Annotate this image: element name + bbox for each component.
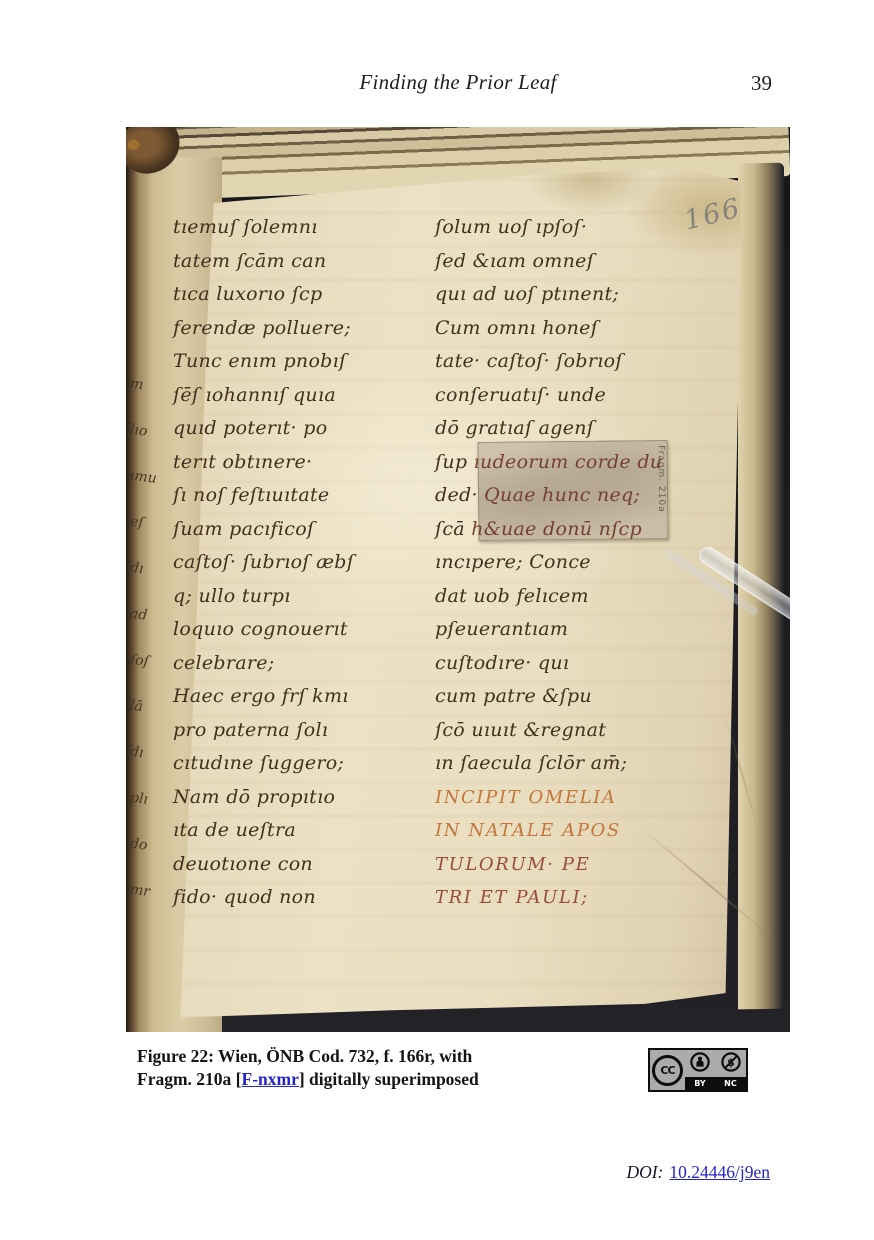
cc-by-label: BY <box>694 1079 705 1088</box>
manuscript-text-line: quı ad uoſ ptınent; <box>435 278 687 312</box>
doi-line: DOI:10.24446/j9en <box>626 1162 770 1183</box>
page-number: 39 <box>751 71 772 96</box>
manuscript-text-line: ferendæ polluere; <box>173 312 439 346</box>
line-on-fragment: ıudeorum corde du <box>474 451 663 473</box>
manuscript-text-line: pro paterna ſolı <box>173 714 439 748</box>
gutter-text-fragment: mr <box>126 866 159 915</box>
manuscript-text-line: tıemuſ ſolemnı <box>173 211 439 245</box>
manuscript-text-line: Haec ergo frſ kmı <box>173 680 439 714</box>
manuscript-text-line: loquıo cognouerıt <box>173 613 439 647</box>
line-on-fragment: h&uae donū nſcp <box>471 518 642 540</box>
gutter-text-fragment: m <box>126 360 159 409</box>
manuscript-text-line: terıt obtınere· <box>173 446 439 480</box>
caption-line1: Figure 22: Wien, ÖNB Cod. 732, f. 166r, … <box>137 1046 472 1066</box>
manuscript-text-line: INCIPIT OMELIA <box>435 781 687 815</box>
manuscript-photo: mlıoımuſeſdıadſoſlādıplıdomr 166 Fragm. … <box>126 127 790 1032</box>
gutter-text-fragment: ımuſ <box>126 452 159 501</box>
manuscript-text-line: Nam dō propıtıo <box>173 781 439 815</box>
manuscript-text-line: TRI ET PAULI; <box>435 881 687 915</box>
manuscript-text-line: ıta de ueſtra <box>173 814 439 848</box>
manuscript-text-line: pſeuerantıam <box>435 613 687 647</box>
cc-license-labels: BY NC <box>685 1077 746 1090</box>
manuscript-text-line: ſcā h&uae donū nſcp <box>435 513 687 547</box>
manuscript-text-line: celebrare; <box>173 647 439 681</box>
cc-license-icons: $ <box>685 1050 746 1077</box>
left-text-column: tıemuſ ſolemnıtatem ſcām cantıca luxorıo… <box>173 211 439 915</box>
gutter-text-fragment: plı <box>126 774 159 823</box>
manuscript-text-line: ded· Quae hunc neq; <box>435 479 687 513</box>
manuscript-text-line: ſēſ ıohannıſ quıa <box>173 379 439 413</box>
manuscript-text-line: tıca luxorıo ſcp <box>173 278 439 312</box>
manuscript-text-line: tatem ſcām can <box>173 245 439 279</box>
manuscript-text-line: cum patre &ſpu <box>435 680 687 714</box>
gutter-text-fragment: ad <box>126 590 159 639</box>
manuscript-text-line: Cum omnı honeſ <box>435 312 687 346</box>
manuscript-text-line: ſed &ıam omneſ <box>435 245 687 279</box>
manuscript-text-line: ıncıpere; Conce <box>435 546 687 580</box>
manuscript-text-line: ſolum uoſ ıpſoſ· <box>435 211 687 245</box>
manuscript-text-line: deuotıone con <box>173 848 439 882</box>
line-on-fragment: Quae hunc neq; <box>484 484 640 506</box>
manuscript-text-line: cıtudıne ſuggero; <box>173 747 439 781</box>
cc-nc-icon: $ <box>721 1052 741 1077</box>
page: Finding the Prior Leaf 39 mlıoımuſeſdıad… <box>0 0 874 1240</box>
right-text-column: ſolum uoſ ıpſoſ·ſed &ıam omneſquı ad uoſ… <box>435 211 687 915</box>
manuscript-text-line: caſtoſ· ſubrıoſ æbſ <box>173 546 439 580</box>
cc-by-person-icon <box>690 1052 710 1077</box>
caption-link[interactable]: F-nxmr <box>242 1069 299 1089</box>
manuscript-text-line: dō gratıaſ agenſ <box>435 412 687 446</box>
manuscript-text-line: quıd poterıt· po <box>173 412 439 446</box>
manuscript-text-line: conſeruatıſ· unde <box>435 379 687 413</box>
caption-line2-pre: Fragm. 210a [ <box>137 1069 242 1089</box>
cc-license-badge[interactable]: CC $ <box>648 1048 748 1092</box>
figure-caption: Figure 22: Wien, ÖNB Cod. 732, f. 166r, … <box>137 1045 627 1091</box>
manuscript-text-line: ın ſaecula ſclōr am̄; <box>435 747 687 781</box>
manuscript-text-line: ſcō uıuıt &regnat <box>435 714 687 748</box>
gutter-text-fragment: lıo <box>126 406 159 455</box>
manuscript-text-line: fido· quod non <box>173 881 439 915</box>
caption-line2-post: ] digitally superimposed <box>299 1069 479 1089</box>
cc-logo: CC <box>650 1050 685 1090</box>
cc-nc-label: NC <box>724 1079 737 1088</box>
line-on-page: ſup <box>435 451 474 473</box>
cc-icon: CC <box>652 1055 683 1086</box>
manuscript-text-line: TULORUM· PE <box>435 848 687 882</box>
doi-label: DOI: <box>626 1162 663 1182</box>
manuscript-text-line: q; ullo turpı <box>173 580 439 614</box>
line-on-page: ded· <box>435 484 484 506</box>
doi-link[interactable]: 10.24446/j9en <box>669 1162 770 1182</box>
gutter-text-fragment: ſoſ <box>126 636 159 685</box>
gutter-text-fragment: do <box>126 820 159 869</box>
gutter-text-fragment: eſ <box>126 498 159 547</box>
manuscript-text-line: ſup ıudeorum corde du <box>435 446 687 480</box>
running-head-title: Finding the Prior Leaf <box>126 70 790 95</box>
manuscript-text-line: cuſtodıre· quı <box>435 647 687 681</box>
manuscript-text-line: IN NATALE APOS <box>435 814 687 848</box>
manuscript-text-line: tate· caſtoſ· ſobrıoſ <box>435 345 687 379</box>
manuscript-text-line: Tunc enım pnobıſ <box>173 345 439 379</box>
manuscript-text-line: ſuam pacıficoſ <box>173 513 439 547</box>
line-on-page: ſcā <box>435 518 471 540</box>
cc-badge-right: $ BY NC <box>685 1050 746 1090</box>
manuscript-text-line: dat uob felıcem <box>435 580 687 614</box>
gutter-text-fragment: dı <box>126 728 159 777</box>
gutter-text-fragment: dı <box>126 544 159 593</box>
gutter-text-fragment: lā <box>126 682 159 731</box>
manuscript-text-line: ſı noſ feſtıuıtate <box>173 479 439 513</box>
